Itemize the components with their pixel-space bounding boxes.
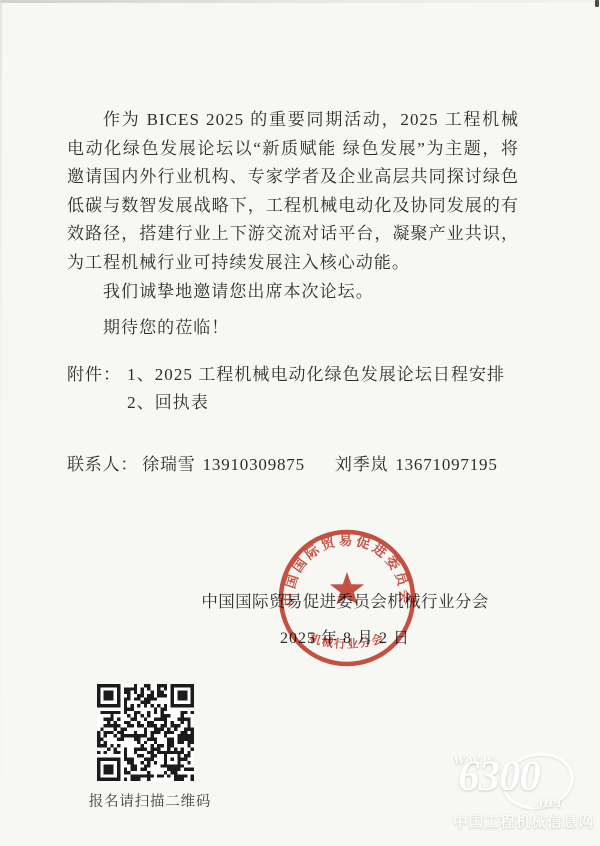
contacts-line: 联系人：徐瑞雪13910309875刘季岚13671097195 xyxy=(67,450,498,475)
watermark-www: www. xyxy=(454,749,504,769)
attachment-item-1: 1、2025 工程机械电动化绿色发展论坛日程安排 xyxy=(127,361,505,389)
scan-corner-artifact xyxy=(595,0,599,7)
watermark-net: .net xyxy=(534,794,562,812)
qr-code xyxy=(97,684,194,781)
attachments-section: 附件： 1、2025 工程机械电动化绿色发展论坛日程安排 2、回执表 xyxy=(67,361,505,417)
paragraph-invitation: 我们诚挚地邀请您出席本次论坛。 xyxy=(67,278,519,307)
contact1-phone: 13910309875 xyxy=(203,455,305,474)
contact1-name: 徐瑞雪 xyxy=(142,455,195,474)
watermark-ring-icon xyxy=(497,746,579,816)
paragraph-intro: 作为 BICES 2025 的重要同期活动，2025 工程机械电动化绿色发展论坛… xyxy=(67,106,519,278)
signature-block: 中国国际贸易促进委员会机械行业分会 2025 年 8 月 2 日 xyxy=(145,588,545,648)
attachments-label: 附件： xyxy=(67,361,121,389)
invitation-letter-page: { "page": { "background": "#f7f7f4", "te… xyxy=(0,0,600,846)
contacts-label: 联系人： xyxy=(67,455,138,474)
contact2-name: 刘季岚 xyxy=(335,455,388,474)
signature-date: 2025 年 8 月 2 日 xyxy=(145,625,545,648)
watermark-caption: 中国工程机械信息网 xyxy=(453,811,594,832)
site-watermark-logo: www. 6300 .net 中国工程机械信息网 xyxy=(440,745,590,835)
scan-top-edge xyxy=(0,0,600,3)
signature-organization: 中国国际贸易促进委员会机械行业分会 xyxy=(145,588,545,612)
qr-caption: 报名请扫描二维码 xyxy=(84,790,216,811)
contact2-phone: 13671097195 xyxy=(395,455,497,474)
paragraph-welcome: 期待您的莅临！ xyxy=(67,314,519,343)
letter-body: 作为 BICES 2025 的重要同期活动，2025 工程机械电动化绿色发展论坛… xyxy=(67,106,519,343)
scan-left-edge xyxy=(0,0,2,846)
watermark-number: 6300 xyxy=(458,755,540,798)
attachment-item-2: 2、回执表 xyxy=(127,389,505,417)
